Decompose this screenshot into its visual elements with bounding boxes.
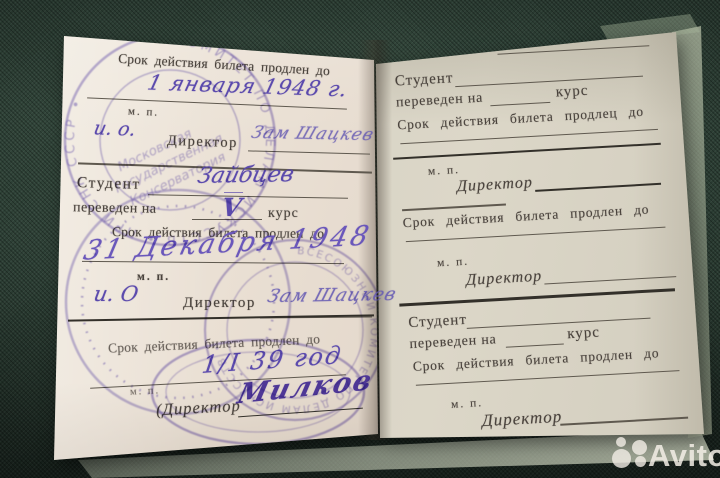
avito-logo-circle-icon (612, 449, 631, 468)
rule (497, 45, 649, 55)
avito-logo-circle-icon (635, 456, 646, 467)
right-s3-student-label: Студент (408, 312, 467, 332)
section-divider (399, 288, 675, 306)
right-s2-mp-label: м. п. (437, 256, 470, 270)
rule (506, 343, 564, 348)
avito-watermark: Avito (606, 430, 720, 478)
right-s1-transfer-label: переведен на (396, 91, 484, 112)
right-s2-director-label: Директор (466, 268, 543, 290)
stamp-ring-c-text: ВСЕСОЮЗНЫЙ КОМИТЕТ ПО ДЕЛАМ ИСКУССТВ • (211, 245, 380, 415)
avito-logo-circle-icon (616, 437, 626, 447)
stamp-ring (205, 240, 385, 420)
rule (455, 76, 643, 88)
rule (393, 143, 661, 160)
right-s1-mp-label: м. п. (428, 164, 461, 178)
rule (560, 417, 688, 426)
photo-student-ticket: Срок действия билета продлен до 1 января… (0, 0, 720, 478)
rule (406, 227, 666, 243)
avito-logo-circle-icon (632, 440, 647, 455)
right-s3-mp-label: м. п. (451, 397, 484, 411)
right-s3-transfer-label: переведен на (409, 332, 497, 353)
right-page-content: Студент переведен на курс Срок действия … (385, 31, 707, 447)
stamp-oval-ring (152, 340, 364, 444)
stamp-ring-text: ВСЕСОЮЗНЫЙ КОМИТЕТ ПО ДЕЛАМ ИСКУССТВ • (211, 245, 380, 415)
right-s1-student-label: Студент (394, 70, 453, 90)
right-s3-course-label: курс (567, 324, 601, 343)
right-s3-director-label: Директор (481, 407, 562, 431)
rule (535, 183, 661, 192)
rule (400, 129, 658, 145)
rule (544, 276, 676, 285)
stamp-ring (66, 190, 290, 414)
rule (490, 102, 550, 107)
right-s1-course-label: курс (555, 83, 589, 102)
rule (467, 318, 651, 330)
right-s1-director-label: Директор (456, 174, 533, 196)
right-s2-validity-label: Срок действия билета продлен до (402, 202, 649, 232)
avito-wordmark: Avito (648, 438, 720, 474)
stamp-ring (227, 262, 363, 398)
